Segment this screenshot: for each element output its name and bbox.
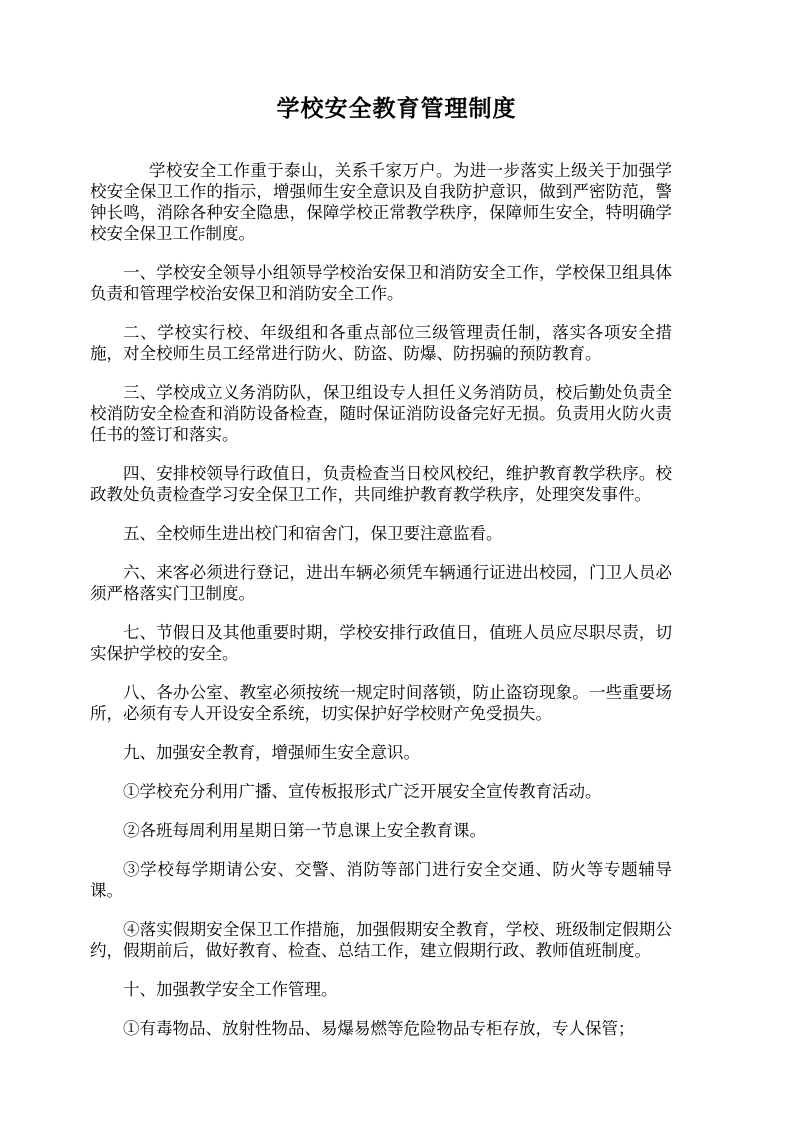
paragraph: 六、来客必须进行登记，进出车辆必须凭车辆通行证进出校园，门卫人员必须严格落实门卫… — [90, 562, 672, 604]
paragraph: 学校安全工作重于泰山，关系千家万户。为进一步落实上级关于加强学校安全保卫工作的指… — [90, 160, 672, 244]
paragraph: ③学校每学期请公安、交警、消防等部门进行安全交通、防火等专题辅导课。 — [90, 859, 672, 901]
document-page: 学校安全教育管理制度 学校安全工作重于泰山，关系千家万户。为进一步落实上级关于加… — [0, 0, 793, 1122]
paragraph: 十、加强教学安全工作管理。 — [90, 979, 672, 1000]
paragraph: ①学校充分利用广播、宣传板报形式广泛开展安全宣传教育活动。 — [90, 781, 672, 802]
paragraph: ④落实假期安全保卫工作措施，加强假期安全教育，学校、班级制定假期公约，假期前后，… — [90, 919, 672, 961]
paragraph: 七、节假日及其他重要时期，学校安排行政值日，值班人员应尽职尽责，切实保护学校的安… — [90, 622, 672, 664]
document-title: 学校安全教育管理制度 — [0, 93, 793, 124]
paragraph: ②各班每周利用星期日第一节息课上安全教育课。 — [90, 820, 672, 841]
paragraph: 四、安排校领导行政值日，负责检查当日校风校纪，维护教育教学秩序。校政教处负责检查… — [90, 463, 672, 505]
paragraph: 二、学校实行校、年级组和各重点部位三级管理责任制，落实各项安全措施，对全校师生员… — [90, 322, 672, 364]
paragraph: ①有毒物品、放射性物品、易爆易燃等危险物品专柜存放，专人保管； — [90, 1018, 672, 1039]
paragraph: 九、加强安全教育，增强师生安全意识。 — [90, 742, 672, 763]
paragraph: 一、学校安全领导小组领导学校治安保卫和消防安全工作，学校保卫组具体负责和管理学校… — [90, 262, 672, 304]
paragraph: 五、全校师生进出校门和宿舍门，保卫要注意监看。 — [90, 523, 672, 544]
paragraph: 八、各办公室、教室必须按统一规定时间落锁，防止盗窃现象。一些重要场所，必须有专人… — [90, 682, 672, 724]
paragraph: 三、学校成立义务消防队，保卫组设专人担任义务消防员，校后勤处负责全校消防安全检查… — [90, 382, 672, 445]
document-body: 学校安全工作重于泰山，关系千家万户。为进一步落实上级关于加强学校安全保卫工作的指… — [90, 160, 672, 1039]
